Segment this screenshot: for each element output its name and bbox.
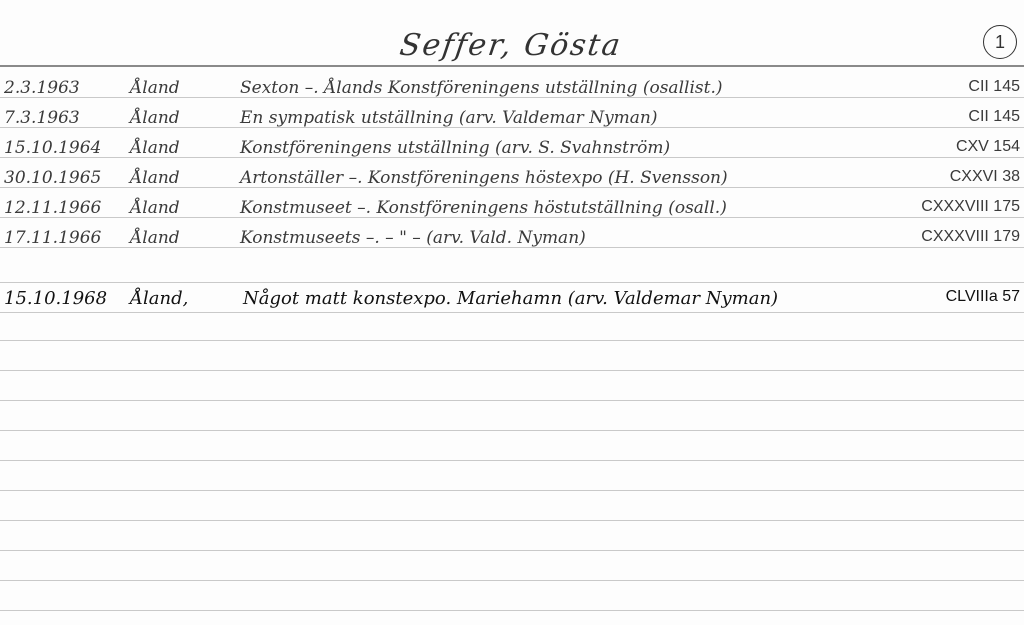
entry-row: 7.3.1963 Åland En sympatisk utställning …	[0, 108, 1024, 130]
entry-reference: CXXVI 38	[950, 168, 1020, 186]
entry-title: Något matt konstexpo. Mariehamn (arv. Va…	[243, 288, 778, 309]
entry-place: Åland	[130, 138, 180, 158]
entry-title: Konstföreningens utställning (arv. S. Sv…	[240, 138, 670, 158]
entry-date: 15.10.1964	[4, 138, 101, 158]
ruled-line	[0, 490, 1024, 491]
entry-reference: CII 145	[968, 108, 1020, 126]
entry-row: 15.10.1968 Åland, Något matt konstexpo. …	[0, 288, 1024, 310]
entry-place: Åland	[130, 108, 180, 128]
entry-date: 30.10.1965	[4, 168, 101, 188]
entry-place: Åland	[130, 198, 180, 218]
entry-row: 17.11.1966 Åland Konstmuseets –. – " – (…	[0, 228, 1024, 250]
entry-reference: CXV 154	[956, 138, 1020, 156]
entry-date: 7.3.1963	[4, 108, 80, 128]
entry-reference: CII 145	[968, 78, 1020, 96]
entry-reference: CLVIIIa 57	[946, 288, 1020, 306]
ruled-line	[0, 340, 1024, 341]
entry-title: Sexton –. Ålands Konstföreningens utstäl…	[240, 78, 722, 98]
ruled-line	[0, 370, 1024, 371]
ruled-line	[0, 610, 1024, 611]
ruled-line	[0, 312, 1024, 313]
entry-date: 2.3.1963	[4, 78, 80, 98]
card-number-circle: 1	[983, 25, 1017, 59]
entry-row: 30.10.1965 Åland Artonställer –. Konstfö…	[0, 168, 1024, 190]
entry-reference: CXXXVIII 179	[921, 228, 1020, 246]
entry-date: 12.11.1966	[4, 198, 101, 218]
card-heading: Seffer, Gösta	[398, 28, 625, 63]
entry-place: Åland	[130, 78, 180, 98]
header-rule	[0, 65, 1024, 67]
index-card: Seffer, Gösta 1 2.3.1963 Åland Sexton –.…	[0, 0, 1024, 625]
entry-title: En sympatisk utställning (arv. Valdemar …	[240, 108, 658, 128]
ruled-line	[0, 400, 1024, 401]
ruled-line	[0, 580, 1024, 581]
ruled-line	[0, 460, 1024, 461]
entry-place: Åland	[130, 168, 180, 188]
entry-row: 2.3.1963 Åland Sexton –. Ålands Konstför…	[0, 78, 1024, 100]
ruled-line	[0, 282, 1024, 283]
entry-date: 15.10.1968	[4, 288, 107, 309]
entry-row: 12.11.1966 Åland Konstmuseet –. Konstför…	[0, 198, 1024, 220]
entry-title: Konstmuseets –. – " – (arv. Vald. Nyman)	[240, 228, 586, 248]
entry-reference: CXXXVIII 175	[921, 198, 1020, 216]
ruled-line	[0, 520, 1024, 521]
entry-place: Åland	[130, 228, 180, 248]
entry-row: 15.10.1964 Åland Konstföreningens utstäl…	[0, 138, 1024, 160]
ruled-line	[0, 430, 1024, 431]
entry-title: Konstmuseet –. Konstföreningens höstutst…	[240, 198, 727, 218]
entry-title: Artonställer –. Konstföreningens höstexp…	[240, 168, 728, 188]
ruled-line	[0, 550, 1024, 551]
entry-date: 17.11.1966	[4, 228, 101, 248]
entry-place: Åland,	[130, 288, 188, 309]
